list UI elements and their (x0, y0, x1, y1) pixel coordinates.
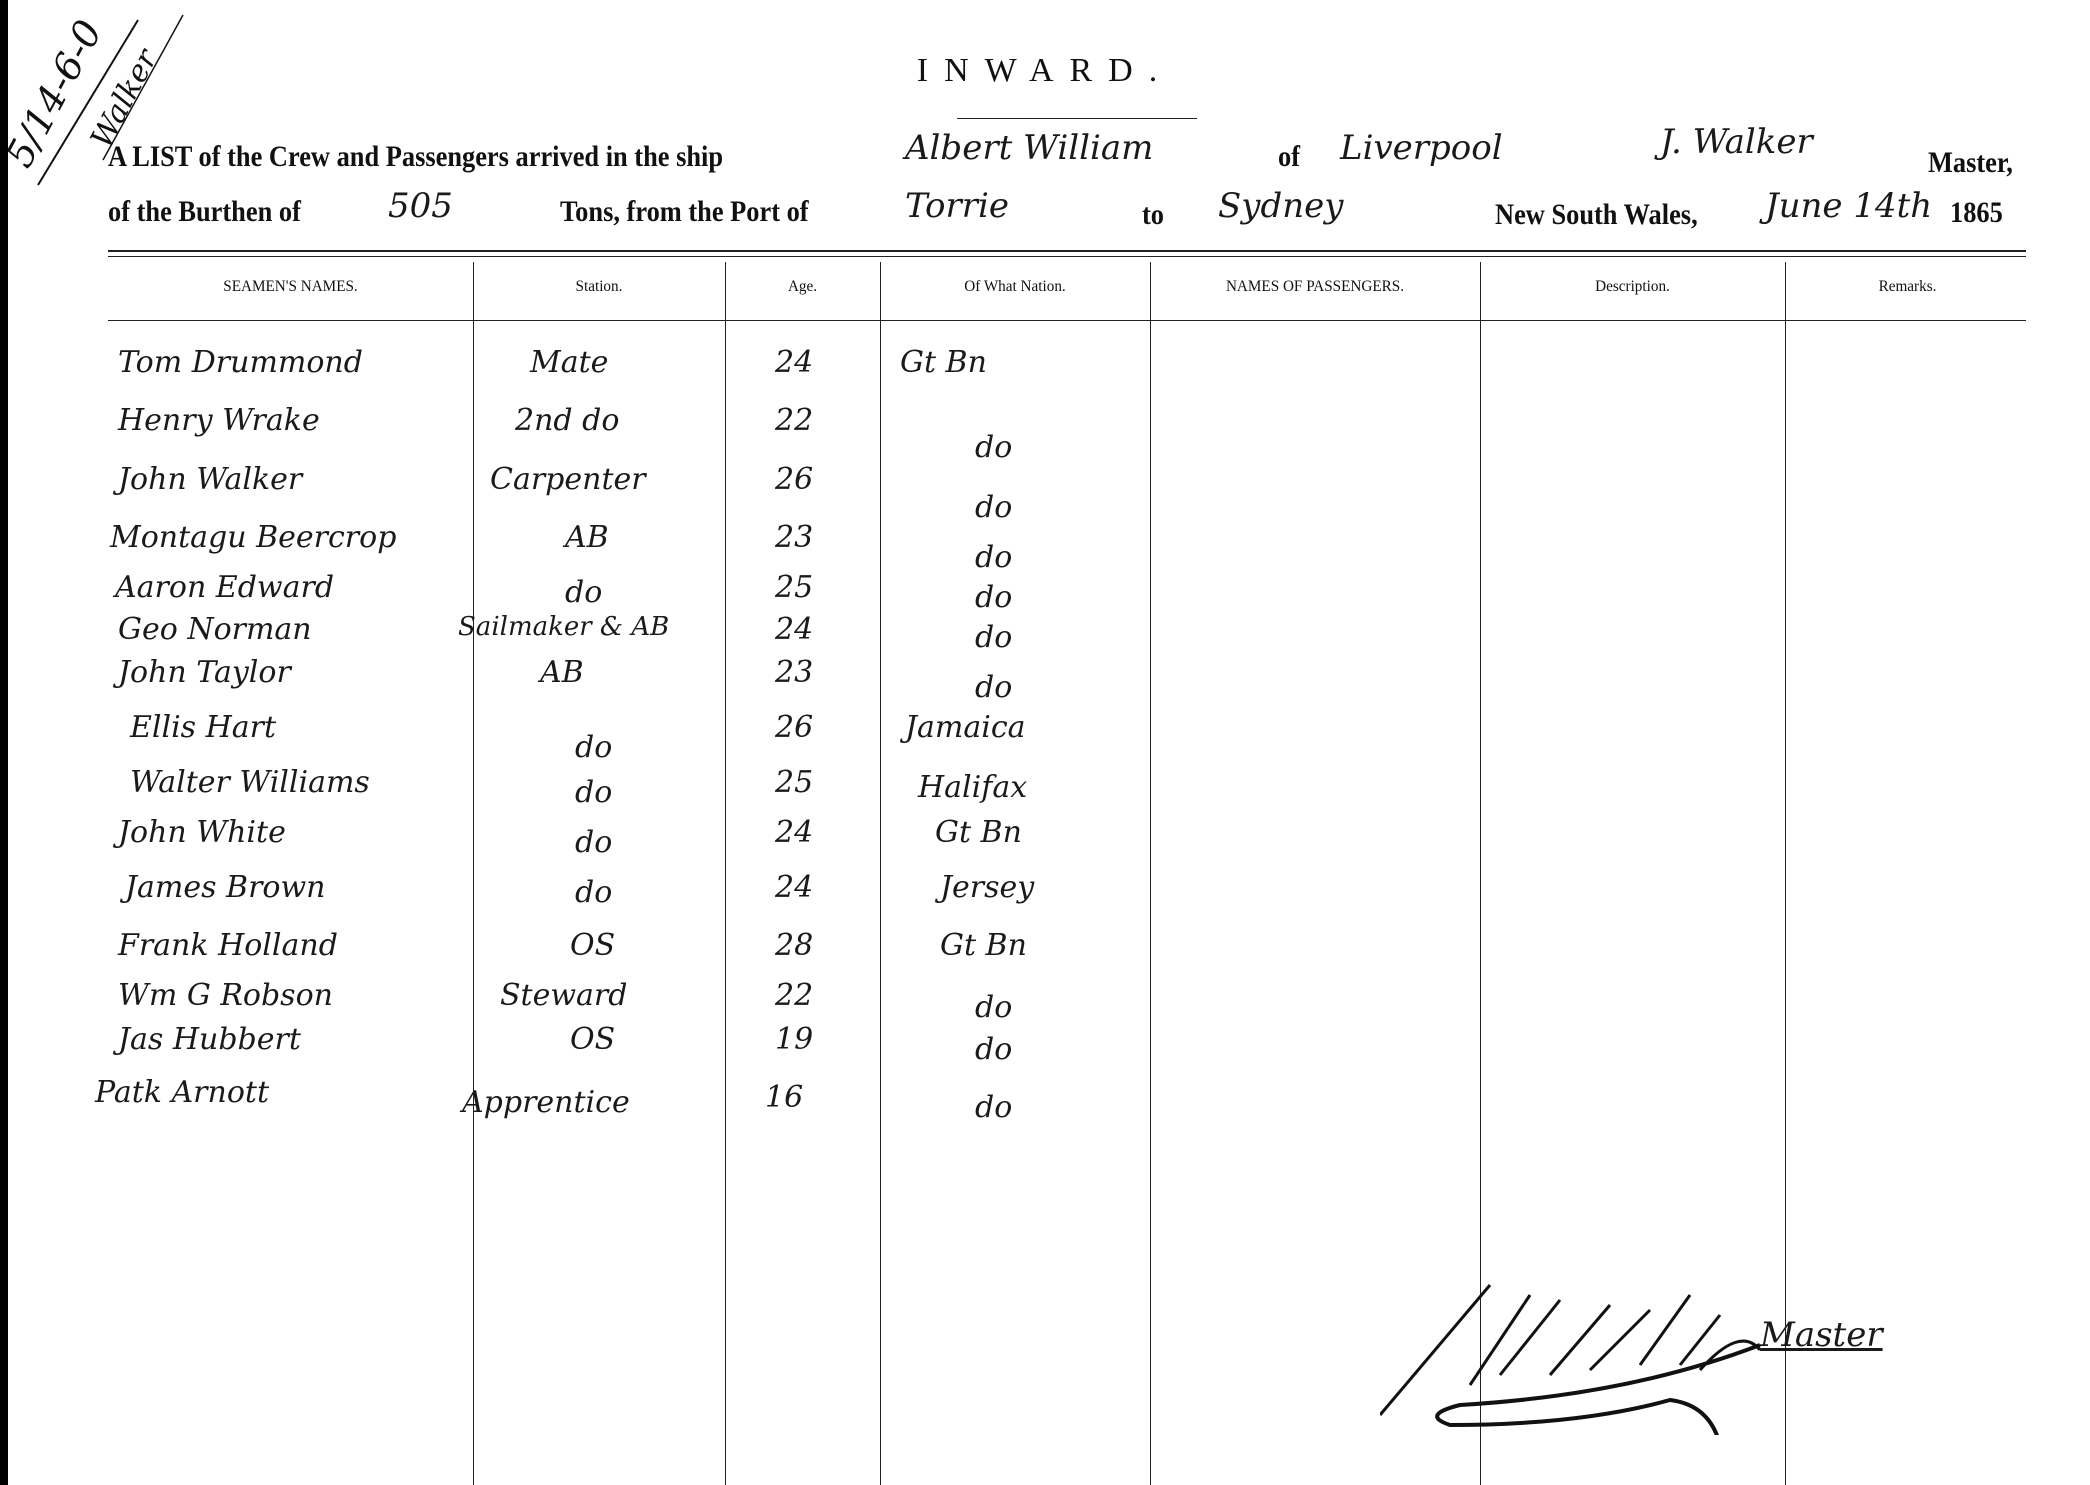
column-header-passenger-names: NAMES OF PASSENGERS. (1158, 278, 1472, 296)
to-label: to (1142, 198, 1164, 232)
seaman-nation: do (975, 670, 1012, 705)
seaman-station: AB (565, 520, 609, 555)
tons-field: 505 (388, 186, 453, 226)
seaman-name: Walter Williams (130, 765, 370, 800)
seaman-station: do (575, 775, 612, 810)
seaman-station: Carpenter (490, 462, 646, 497)
seaman-station: Sailmaker & AB (458, 612, 669, 642)
seaman-nation: do (975, 580, 1012, 615)
master-signature: J Walker Master (1380, 1275, 2080, 1435)
seaman-name: John White (118, 815, 286, 850)
seaman-nation: do (975, 620, 1012, 655)
seaman-nation: do (975, 990, 1012, 1025)
corner-annotation-mark: 5/14-6-0 Walker (8, 10, 238, 210)
seaman-age: 23 (775, 655, 813, 690)
seaman-station: OS (570, 928, 615, 963)
colony-label: New South Wales, (1495, 198, 1698, 232)
seaman-station: AB (540, 655, 584, 690)
seaman-nation: Gt Bn (900, 345, 987, 380)
signature-flourish-icon (1380, 1275, 2080, 1435)
seaman-name: Patk Arnott (95, 1075, 269, 1110)
column-header-age: Age. (729, 278, 876, 296)
seaman-nation: do (975, 540, 1012, 575)
date-field: June 14th (1765, 186, 1932, 226)
header-top-rule (108, 250, 2026, 252)
seaman-age: 22 (775, 978, 813, 1013)
seaman-station: Steward (500, 978, 627, 1013)
column-header-seamens-names: SEAMEN'S NAMES. (117, 278, 464, 296)
seaman-nation: do (975, 490, 1012, 525)
seaman-station: do (575, 875, 612, 910)
seaman-nation: Halifax (918, 770, 1027, 805)
port-of-registry-field: Liverpool (1340, 128, 1503, 168)
seaman-name: Henry Wrake (118, 403, 320, 438)
year-label: 1865 (1950, 196, 2003, 230)
column-divider (725, 262, 726, 1485)
seaman-age: 25 (775, 765, 813, 800)
column-header-remarks: Remarks. (1791, 278, 2024, 296)
seaman-name: John Taylor (118, 655, 291, 690)
of-label: of (1278, 140, 1300, 174)
ship-name-rule (957, 118, 1197, 119)
seaman-station: do (565, 575, 602, 610)
seaman-age: 23 (775, 520, 813, 555)
ship-name-field: Albert William (905, 128, 1153, 168)
seaman-nation: Gt Bn (935, 815, 1022, 850)
seaman-nation: Gt Bn (940, 928, 1027, 963)
from-port-field: Torrie (905, 186, 1009, 226)
seaman-name: Ellis Hart (130, 710, 276, 745)
seaman-age: 24 (775, 815, 813, 850)
seaman-station: do (575, 730, 612, 765)
seaman-name: Montagu Beercrop (110, 520, 396, 555)
header-top-rule-thin (108, 256, 2026, 257)
seaman-station: OS (570, 1022, 615, 1057)
to-port-field: Sydney (1218, 186, 1344, 226)
seaman-name: John Walker (118, 462, 302, 497)
scan-edge (0, 0, 8, 1485)
seaman-name: Jas Hubbert (118, 1022, 301, 1057)
seaman-age: 25 (775, 570, 813, 605)
seaman-age: 26 (775, 462, 813, 497)
seaman-nation: do (975, 1090, 1012, 1125)
column-header-description: Description. (1488, 278, 1778, 296)
seaman-station: 2nd do (515, 403, 619, 438)
master-name-field: J. Walker (1660, 122, 1813, 162)
seaman-name: Tom Drummond (118, 345, 363, 380)
column-header-station: Station. (479, 278, 718, 296)
seaman-nation: do (975, 1032, 1012, 1067)
tons-from-port-label: Tons, from the Port of (560, 195, 809, 229)
signature-title: Master (1760, 1315, 1883, 1355)
seaman-age: 26 (775, 710, 813, 745)
column-divider (880, 262, 881, 1485)
seaman-age: 16 (765, 1080, 803, 1115)
seaman-name: James Brown (125, 870, 326, 905)
seaman-age: 24 (775, 345, 813, 380)
seaman-age: 28 (775, 928, 813, 963)
master-label: Master, (1928, 146, 2013, 180)
passenger-list (1150, 322, 1480, 1322)
burthen-label: of the Burthen of (108, 195, 301, 229)
seaman-nation: Jersey (940, 870, 1034, 905)
seaman-station: Apprentice (462, 1085, 630, 1120)
seaman-name: Geo Norman (118, 612, 312, 647)
document-title: INWARD. (0, 52, 2090, 90)
column-divider (473, 262, 474, 1485)
column-header-nation: Of What Nation. (887, 278, 1144, 296)
seaman-age: 24 (775, 870, 813, 905)
column-header-underline (108, 320, 2026, 321)
seaman-name: Wm G Robson (118, 978, 333, 1013)
seaman-name: Frank Holland (118, 928, 338, 963)
list-prefix-label: A LIST of the Crew and Passengers arrive… (108, 140, 723, 174)
seaman-station: Mate (530, 345, 608, 380)
seaman-age: 22 (775, 403, 813, 438)
seaman-nation: do (975, 430, 1012, 465)
seaman-station: do (575, 825, 612, 860)
seaman-name: Aaron Edward (115, 570, 334, 605)
seaman-age: 19 (775, 1022, 813, 1057)
seaman-nation: Jamaica (905, 710, 1026, 745)
seaman-age: 24 (775, 612, 813, 647)
